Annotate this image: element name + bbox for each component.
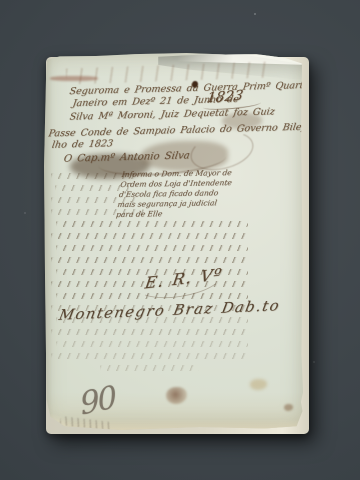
paragraph-line: mais segurança ja judicial [117, 198, 230, 210]
body-paragraph: Informa o Dom. de Mayor de Ordem dos Loj… [115, 168, 233, 220]
ink-streak [50, 76, 98, 81]
handwriting-line-5: lho de 1823 [51, 138, 114, 151]
photograph-background: Seguroma e Promessa da Guerra Primº Quar… [0, 0, 360, 480]
dust-speck [254, 13, 256, 15]
dust-speck [24, 212, 26, 214]
pencil-number: 90 [78, 379, 116, 422]
dust-speck [313, 361, 315, 363]
paragraph-line: para de Elle [115, 208, 228, 220]
manuscript-paper: Seguroma e Promessa da Guerra Primº Quar… [44, 53, 303, 430]
